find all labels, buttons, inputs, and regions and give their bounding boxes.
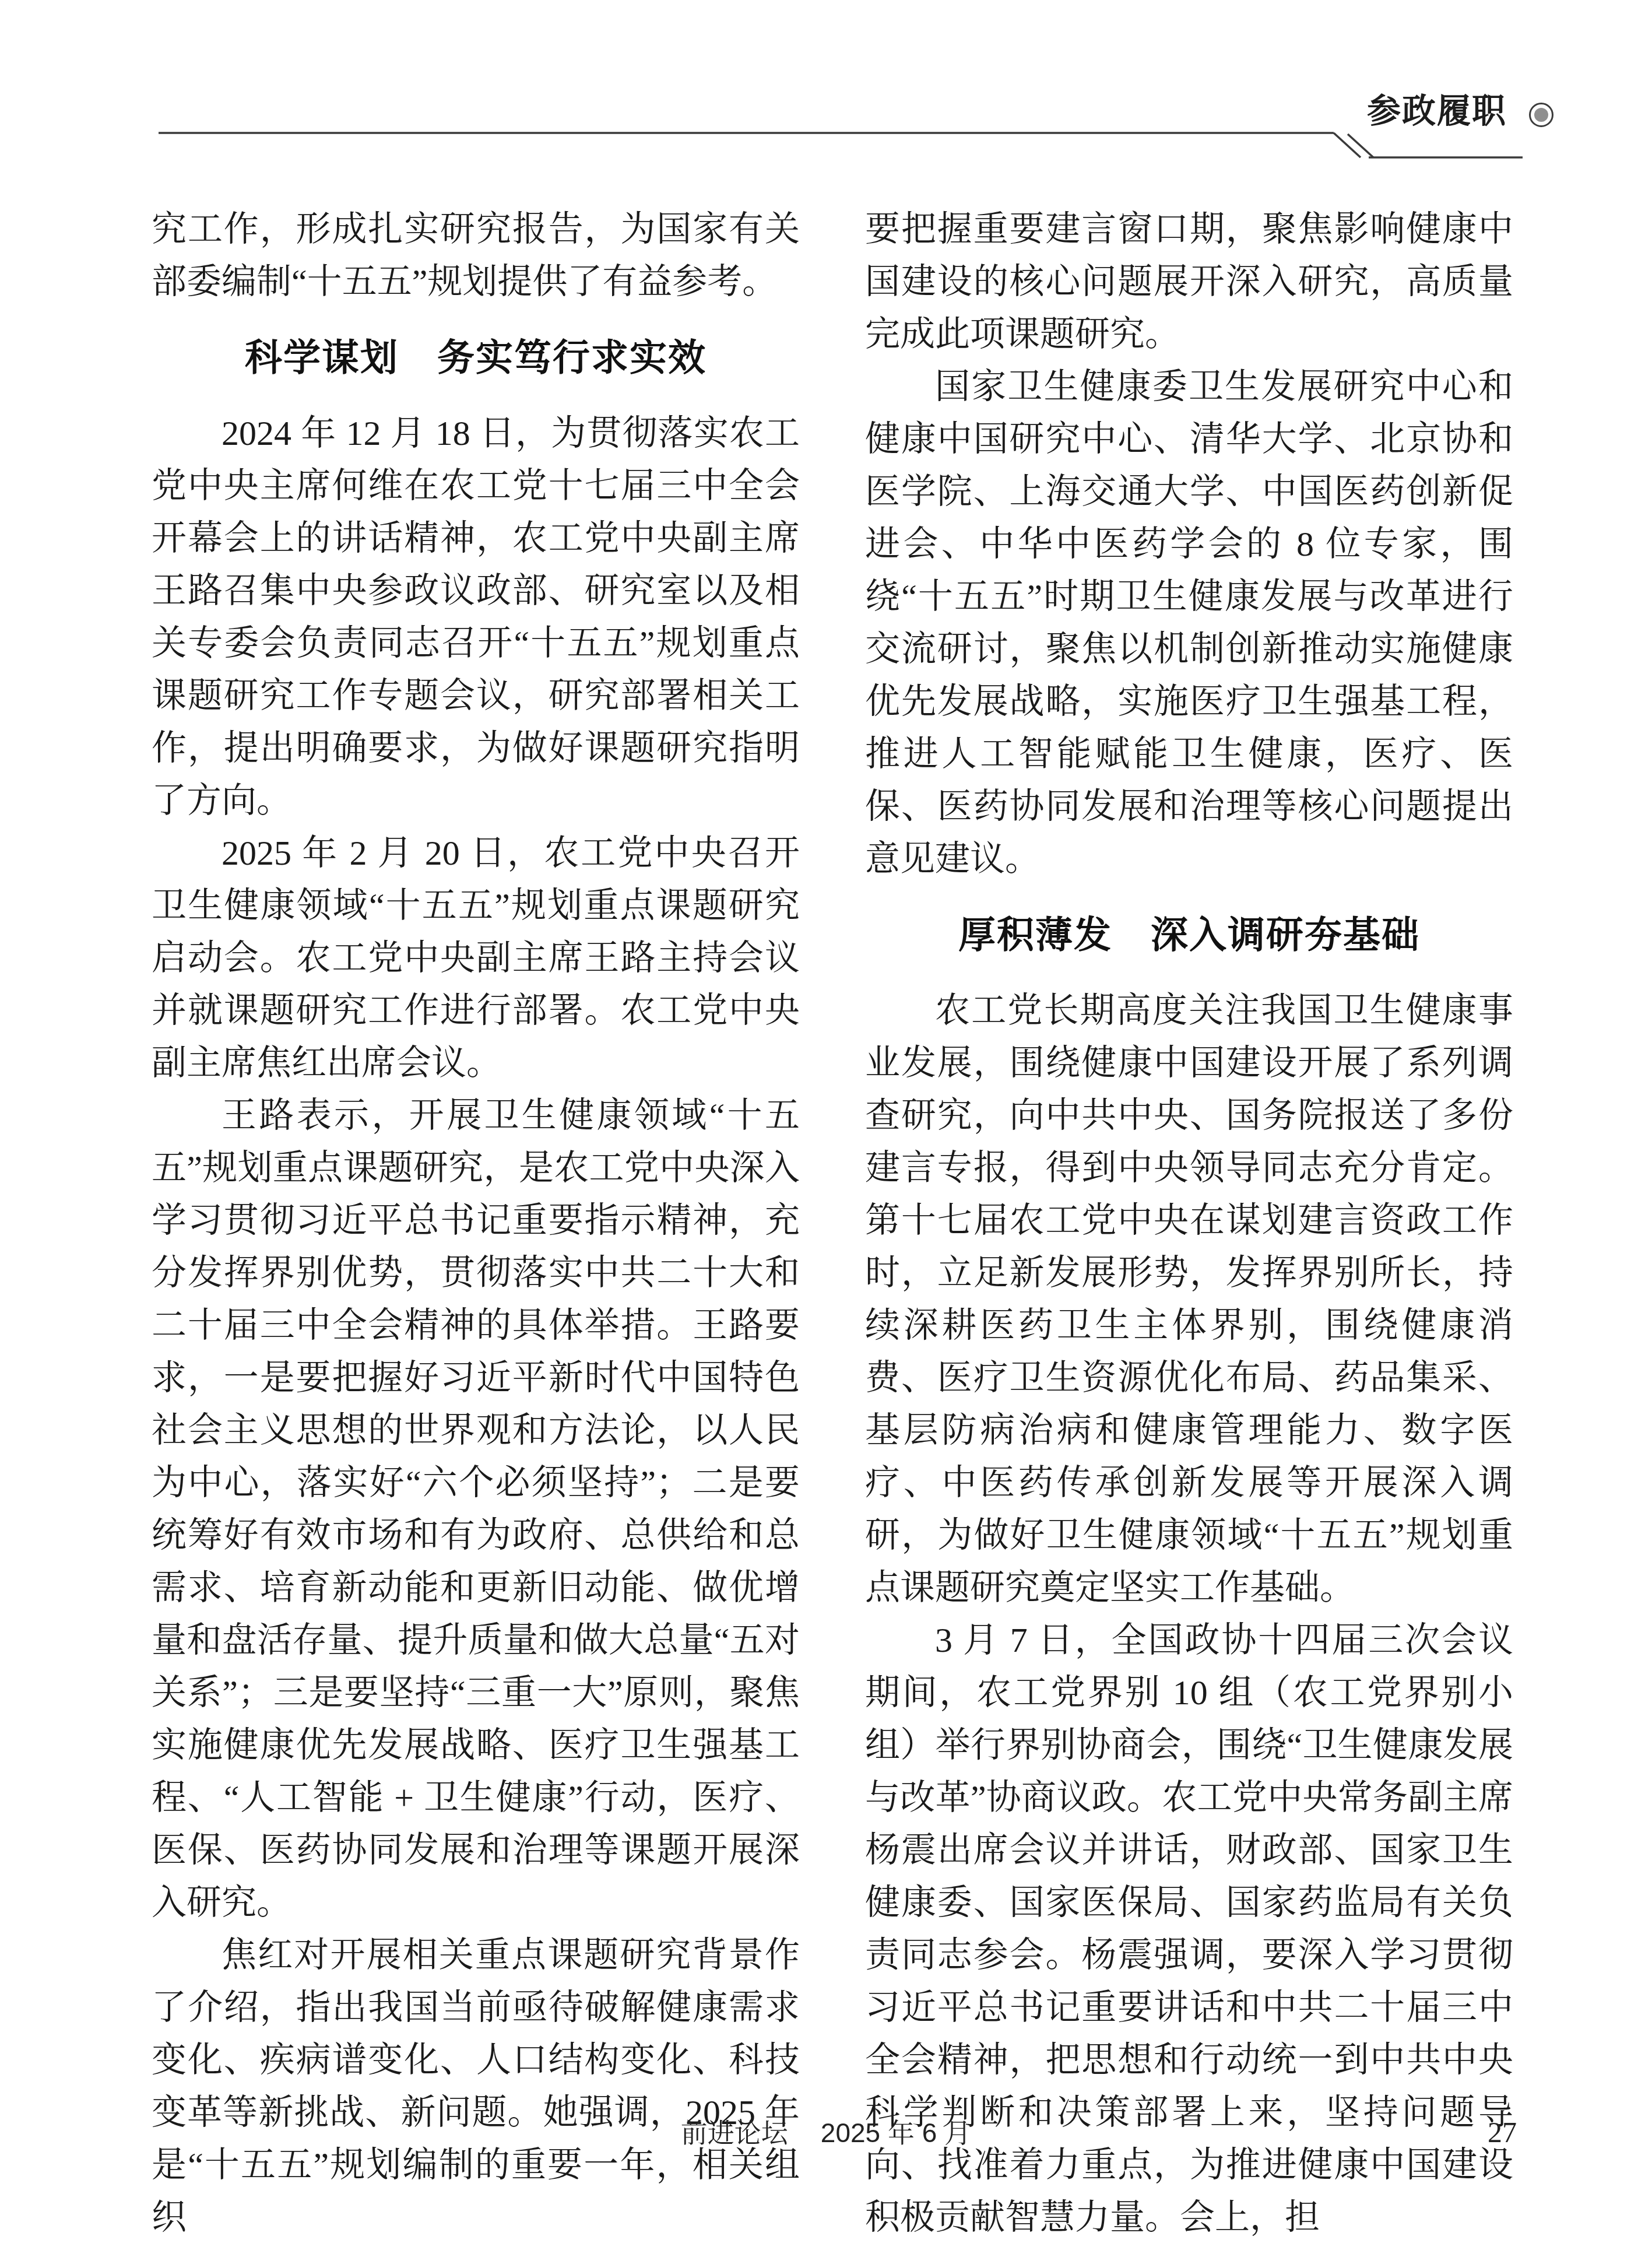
continued-paragraph: 究工作，形成扎实研究报告，为国家有关部委编制“十五五”规划提供了有益参考。 (152, 203, 800, 308)
section-heading: 科学谋划 务实笃行求实效 (152, 331, 800, 384)
magazine-page: 参政履职 究工作，形成扎实研究报告，为国家有关部委编制“十五五”规划提供了有益参… (0, 0, 1652, 2243)
body-paragraph: 王路表示，开展卫生健康领域“十五五”规划重点课题研究，是农工党中央深入学习贯彻习… (152, 1089, 800, 1929)
page-number: 27 (1488, 2115, 1517, 2149)
issue-date: 2025 年 6 月 (821, 2118, 971, 2148)
right-column: 要把握重要建言窗口期，聚焦影响健康中国建设的核心问题展开深入研究，高质量完成此项… (865, 203, 1513, 2243)
body-paragraph: 国家卫生健康委卫生发展研究中心和健康中国研究中心、清华大学、北京协和医学院、上海… (865, 360, 1513, 885)
left-column: 究工作，形成扎实研究报告，为国家有关部委编制“十五五”规划提供了有益参考。 科学… (152, 203, 800, 2243)
bullseye-dot (1534, 108, 1548, 122)
continued-paragraph: 要把握重要建言窗口期，聚焦影响健康中国建设的核心问题展开深入研究，高质量完成此项… (865, 203, 1513, 360)
bullseye-icon (1529, 103, 1553, 127)
body-paragraph: 2025 年 2 月 20 日，农工党中央召开卫生健康领域“十五五”规划重点课题… (152, 827, 800, 1089)
footer: 前进论坛2025 年 6 月 (0, 2116, 1652, 2149)
section-heading: 厚积薄发 深入调研夯基础 (865, 908, 1513, 961)
section-label: 参政履职 (1367, 93, 1507, 129)
body-paragraph: 焦红对开展相关重点课题研究背景作了介绍，指出我国当前亟待破解健康需求变化、疾病谱… (152, 1929, 800, 2243)
body-paragraph: 农工党长期高度关注我国卫生健康事业发展，围绕健康中国建设开展了系列调查研究，向中… (865, 984, 1513, 1614)
body-paragraph: 2024 年 12 月 18 日，为贯彻落实农工党中央主席何维在农工党十七届三中… (152, 407, 800, 827)
journal-name: 前进论坛 (681, 2118, 788, 2148)
